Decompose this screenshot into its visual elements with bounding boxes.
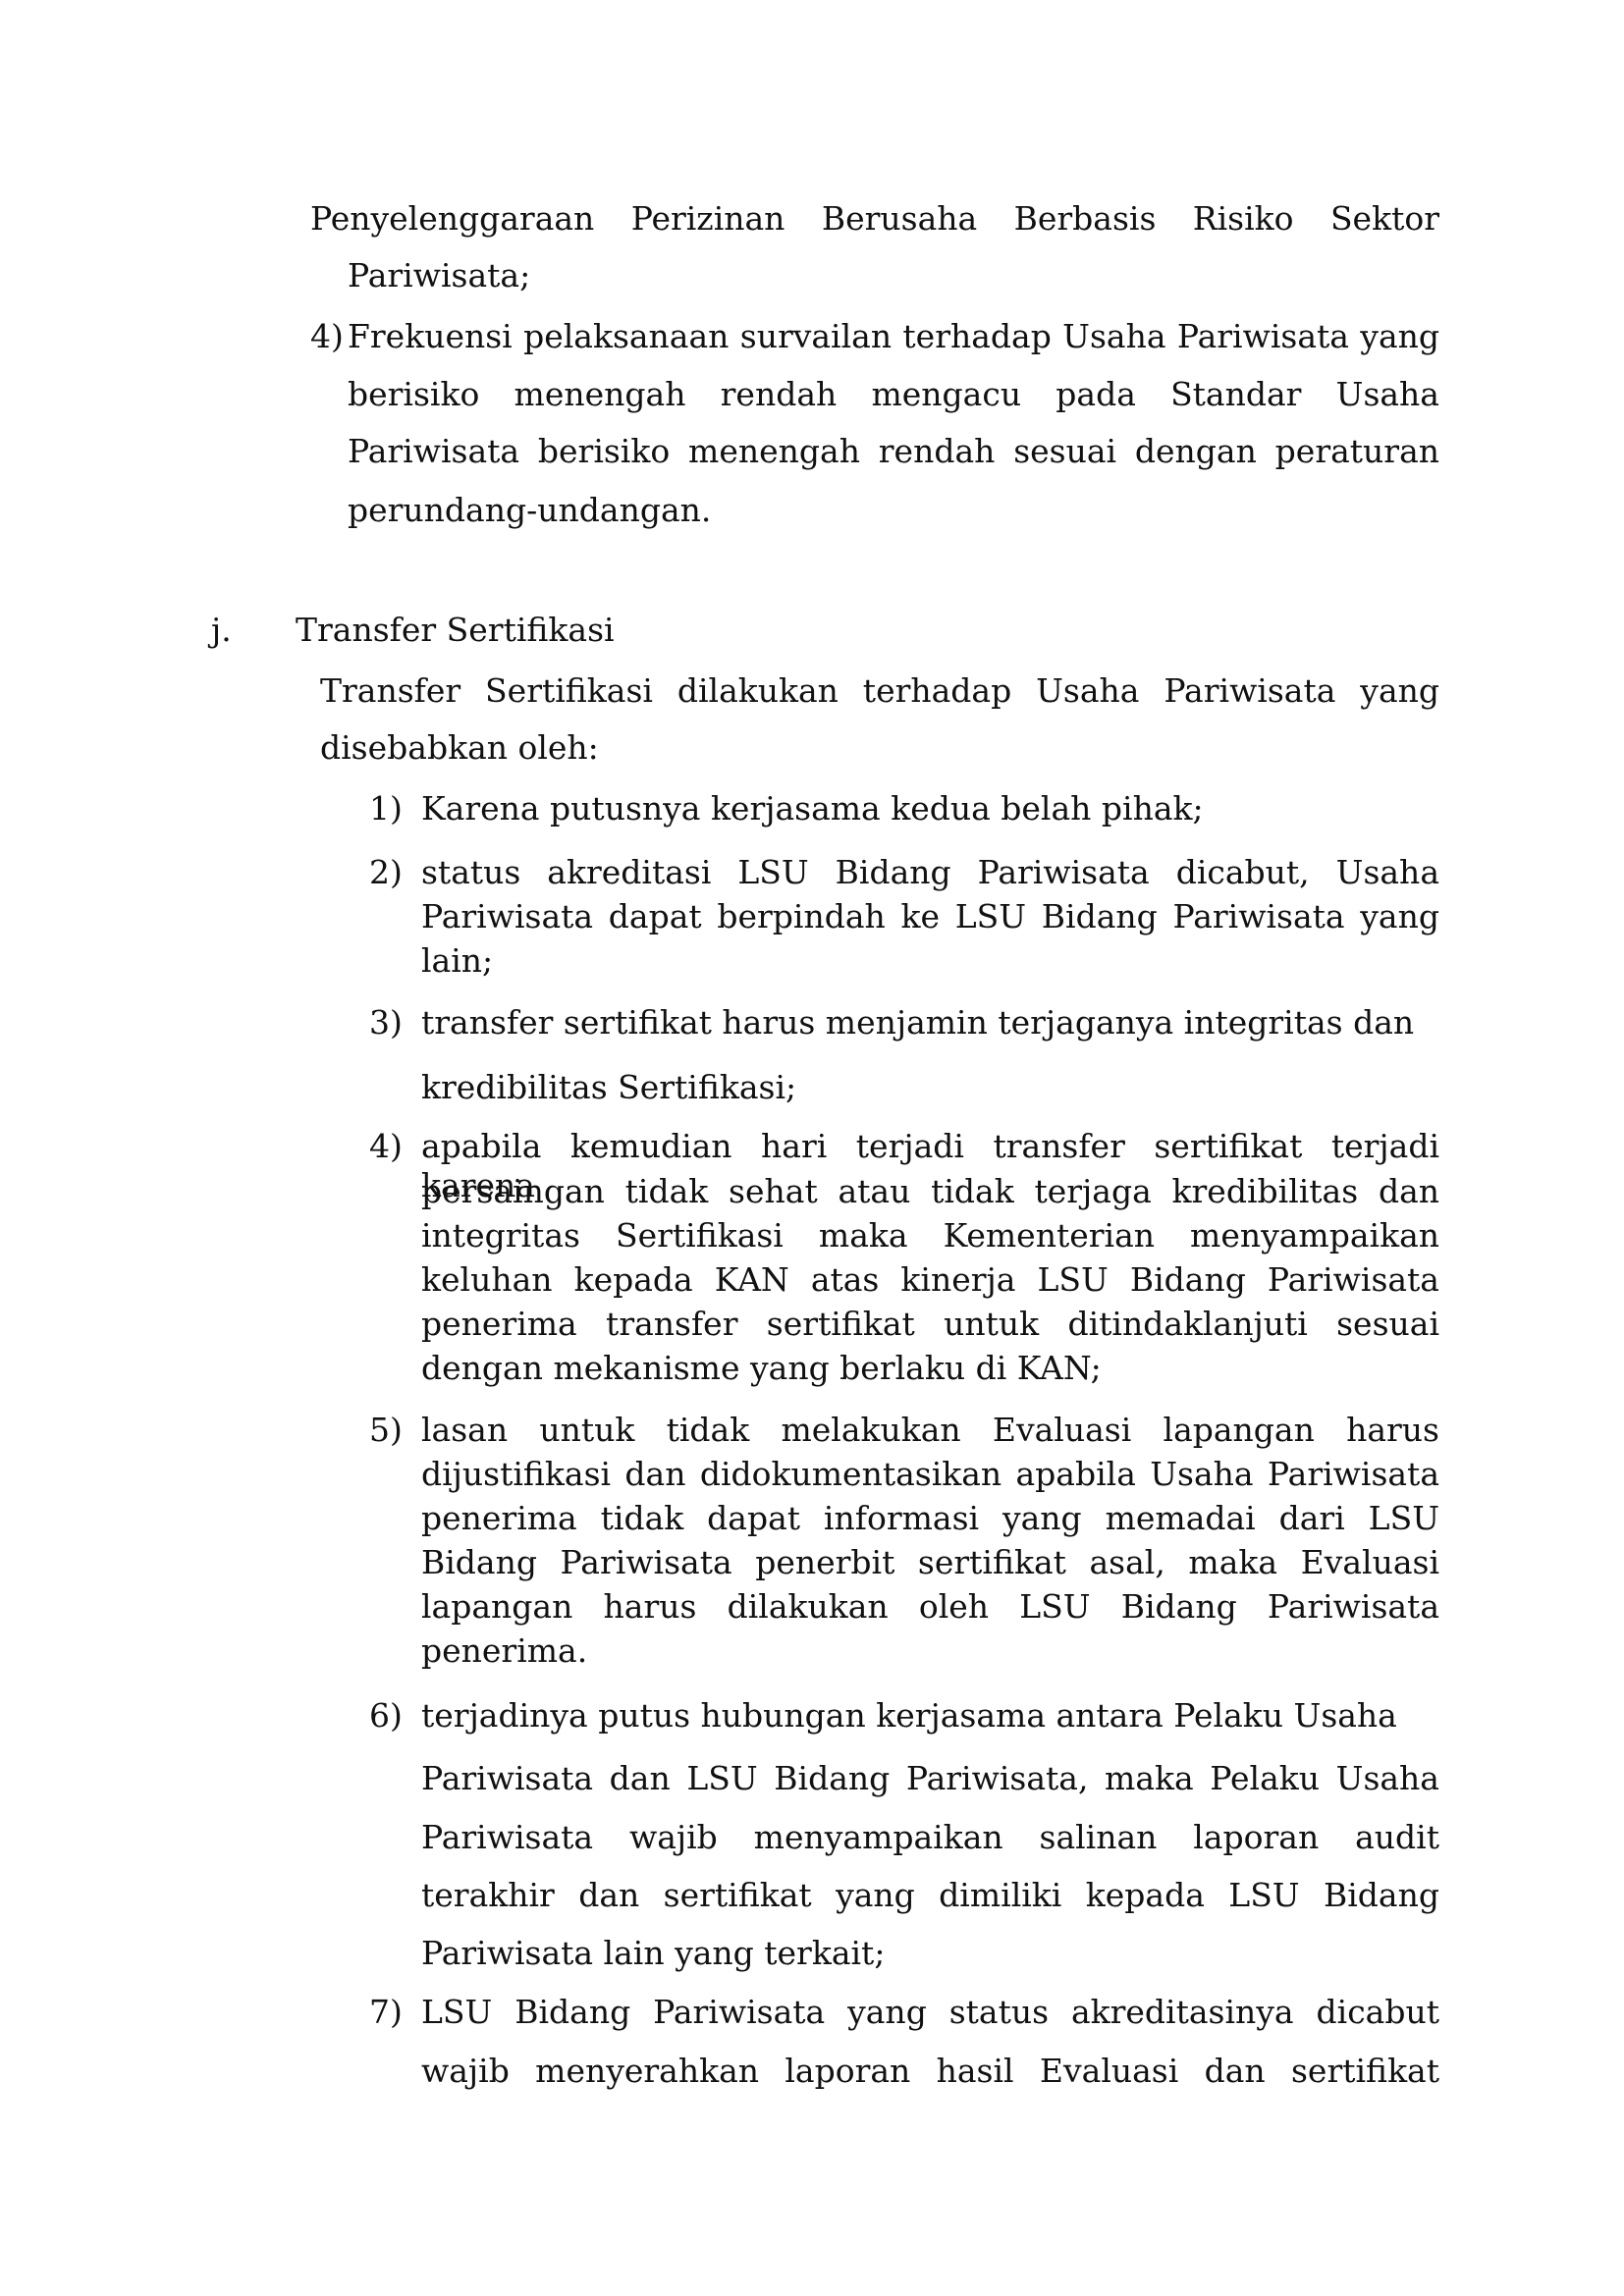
intro-line: Penyelenggaraan Perizinan Berusaha Berba… bbox=[310, 199, 1439, 239]
list-item-line: status akreditasi LSU Bidang Pariwisata … bbox=[421, 853, 1439, 892]
list-item-line: berisiko menengah rendah mengacu pada St… bbox=[348, 375, 1439, 414]
intro-line: Pariwisata; bbox=[348, 256, 530, 295]
list-item-line: lasan untuk tidak melakukan Evaluasi lap… bbox=[421, 1411, 1439, 1450]
list-item-line: lapangan harus dilakukan oleh LSU Bidang… bbox=[421, 1587, 1439, 1627]
list-number: 6) bbox=[369, 1696, 403, 1735]
list-number: 3) bbox=[369, 1003, 403, 1042]
list-item-line: lain; bbox=[421, 941, 493, 981]
list-item-line: penerima. bbox=[421, 1631, 587, 1671]
list-number: 5) bbox=[369, 1411, 403, 1450]
list-item-line: penerima transfer sertifikat untuk ditin… bbox=[421, 1305, 1439, 1344]
list-number: 7) bbox=[369, 1993, 403, 2032]
list-item-line: integritas Sertifikasi maka Kementerian … bbox=[421, 1216, 1439, 1255]
list-item-line: terjadinya putus hubungan kerjasama anta… bbox=[421, 1696, 1397, 1735]
list-item-line: Pariwisata lain yang terkait; bbox=[421, 1934, 885, 1973]
list-number: 2) bbox=[369, 853, 403, 892]
section-intro-line: disebabkan oleh: bbox=[320, 728, 599, 768]
list-item-line: Pariwisata wajib menyampaikan salinan la… bbox=[421, 1818, 1439, 1857]
list-item-line: perundang-undangan. bbox=[348, 491, 711, 530]
list-item-line: Frekuensi pelaksanaan survailan terhadap… bbox=[348, 317, 1439, 356]
list-item-line: dijustifikasi dan didokumentasikan apabi… bbox=[421, 1455, 1439, 1494]
list-item-line: terakhir dan sertifikat yang dimiliki ke… bbox=[421, 1876, 1439, 1915]
list-item-line: penerima tidak dapat informasi yang mema… bbox=[421, 1499, 1439, 1538]
list-number: 4) bbox=[310, 317, 344, 356]
section-intro-line: Transfer Sertifikasi dilakukan terhadap … bbox=[320, 671, 1439, 711]
list-item-line: kredibilitas Sertifikasi; bbox=[421, 1068, 796, 1107]
list-item-line: Pariwisata dan LSU Bidang Pariwisata, ma… bbox=[421, 1759, 1439, 1798]
list-item-line: Pariwisata berisiko menengah rendah sesu… bbox=[348, 432, 1439, 471]
list-item-line: dengan mekanisme yang berlaku di KAN; bbox=[421, 1349, 1102, 1388]
list-number: 1) bbox=[369, 789, 403, 828]
list-item-line: transfer sertifikat harus menjamin terja… bbox=[421, 1003, 1414, 1042]
list-item-line: Bidang Pariwisata penerbit sertifikat as… bbox=[421, 1543, 1439, 1582]
section-heading: Transfer Sertifikasi bbox=[296, 611, 615, 650]
list-item-line: keluhan kepada KAN atas kinerja LSU Bida… bbox=[421, 1260, 1439, 1300]
list-item-line: LSU Bidang Pariwisata yang status akredi… bbox=[421, 1993, 1439, 2032]
list-item-line: Karena putusnya kerjasama kedua belah pi… bbox=[421, 789, 1204, 828]
section-marker: j. bbox=[211, 611, 232, 650]
list-item-line: wajib menyerahkan laporan hasil Evaluasi… bbox=[421, 2052, 1439, 2091]
list-item-line: Pariwisata dapat berpindah ke LSU Bidang… bbox=[421, 897, 1439, 936]
list-number: 4) bbox=[369, 1127, 403, 1166]
list-item-line: persaingan tidak sehat atau tidak terjag… bbox=[421, 1172, 1439, 1211]
